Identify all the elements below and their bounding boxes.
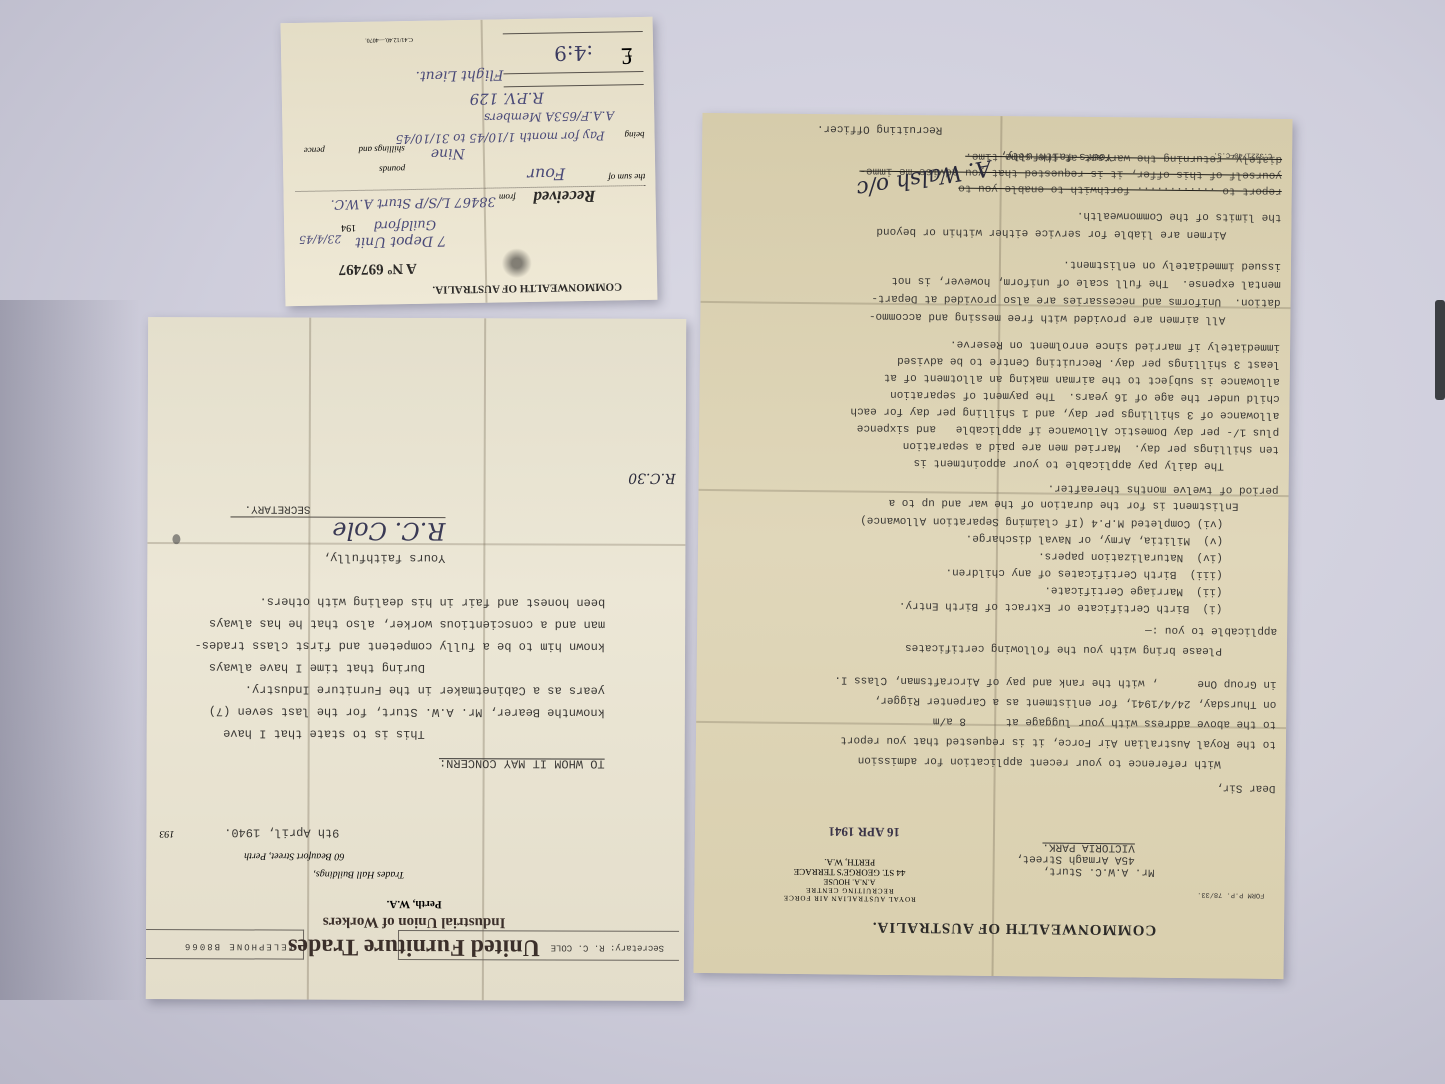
pay-paragraph: The daily pay applicable to your appoint…: [850, 334, 1280, 474]
letter-date: 9th April, 1940.: [224, 825, 339, 839]
enlistment-terms: Enlistment is for the duration of the wa…: [889, 478, 1279, 514]
receipt-header: COMMONWEALTH OF AUSTRALIA.: [407, 280, 647, 296]
receipt-hand-location: Guildford: [373, 217, 436, 233]
addressee: Mr. A.W.C. Sturt, 45A Armagh Street, VIC…: [1016, 840, 1155, 877]
liability-paragraph: Airmen are liable for service either wit…: [876, 204, 1281, 244]
salutation: TO WHOM IT MAY CONCERN:: [439, 756, 605, 771]
closing: Yours faithfully,: [323, 551, 445, 565]
signature: R.C. Cole: [332, 517, 445, 545]
address-line-1: Trades Hall Buildings,: [313, 869, 404, 880]
office-block: ROYAL AUSTRALIAN AIR FORCE RECRUITING CE…: [764, 857, 934, 904]
raaf-footer-code: C.3221/40—C.S.: [1213, 150, 1272, 159]
raaf-salutation: Dear Sir,: [1216, 781, 1276, 794]
certificates-intro: Please bring with you the following cert…: [905, 617, 1277, 661]
shadow: [0, 300, 140, 1000]
form-number: FORM P.P. 78/33.: [1197, 890, 1264, 899]
sum-label: the sum of: [608, 172, 645, 183]
recruiting-officer-title: Recruiting Officer.: [817, 122, 943, 135]
address-line-2: 60 Beaufort Street, Perth: [244, 850, 344, 861]
certificates-list: (i) Birth Certificate or Extract of Birt…: [859, 511, 1223, 617]
raaf-closing: Yours faithfully,: [1000, 149, 1112, 162]
pence-label: pence: [304, 146, 325, 156]
union-reference-letter: Secretary: R. C. COLE TELEPHONE B8066 Un…: [146, 317, 686, 1001]
report-paragraph: With reference to your recent applicatio…: [833, 669, 1276, 774]
raaf-header: COMMONWEALTH OF AUSTRALIA.: [864, 918, 1164, 938]
signatory-title: SECRETARY.: [244, 502, 310, 514]
pounds-label: pounds: [379, 164, 405, 174]
receipt-document: COMMONWEALTH OF AUSTRALIA. A Nº 697497 7…: [281, 17, 658, 306]
receipt-hand-unit: 7 Depot Unit: [355, 232, 447, 250]
letter-body: This is to state that I have knownthe Be…: [194, 590, 605, 745]
receipt-sum: Four: [527, 164, 565, 184]
telephone-label: TELEPHONE B8066: [183, 941, 294, 951]
raaf-enlistment-letter: COMMONWEALTH OF AUSTRALIA. FORM P.P. 78/…: [694, 113, 1293, 979]
org-name: United Furniture Trades: [284, 933, 544, 961]
receipt-shillings: Nine: [431, 145, 465, 162]
secretary-label: Secretary: R. C. COLE: [551, 942, 664, 952]
form-code: C.41/12.40.—4070.: [365, 36, 413, 43]
receipt-being-3: R.P.V. 129: [469, 89, 544, 108]
ink-spot: [172, 534, 180, 544]
org-location: Perth, W.A.: [284, 898, 544, 911]
pound-symbol: £: [621, 41, 633, 68]
initial-note: R.C.30: [628, 470, 676, 486]
receipt-date-prefix: 194: [341, 222, 356, 233]
receipt-being-1: Pay for month 1/10/45 to 31/10/45: [395, 129, 604, 147]
received-label: Received: [533, 186, 596, 207]
dark-object-edge: [1435, 300, 1445, 400]
receipt-amount: :4:9: [554, 41, 593, 66]
receipt-from: 38467 L/S/P Sturt A.W.C.: [330, 194, 495, 212]
date-stamp: 16 APR 1941: [828, 823, 900, 840]
fold-crease: [481, 20, 488, 303]
being-label: being: [624, 130, 644, 140]
receipt-being-2: A.A.F/653A Members: [484, 108, 614, 124]
receipt-serial: A Nº 697497: [338, 259, 417, 277]
from-label: from: [499, 192, 516, 202]
messing-paragraph: All airmen are provided with free messin…: [869, 253, 1281, 329]
org-subtitle: Industrial Union of Workers: [284, 913, 544, 931]
receipt-date: 23/4/45: [299, 232, 342, 246]
coat-of-arms-icon: [497, 248, 538, 279]
receipt-signature: Flight Lieut.: [415, 66, 503, 84]
